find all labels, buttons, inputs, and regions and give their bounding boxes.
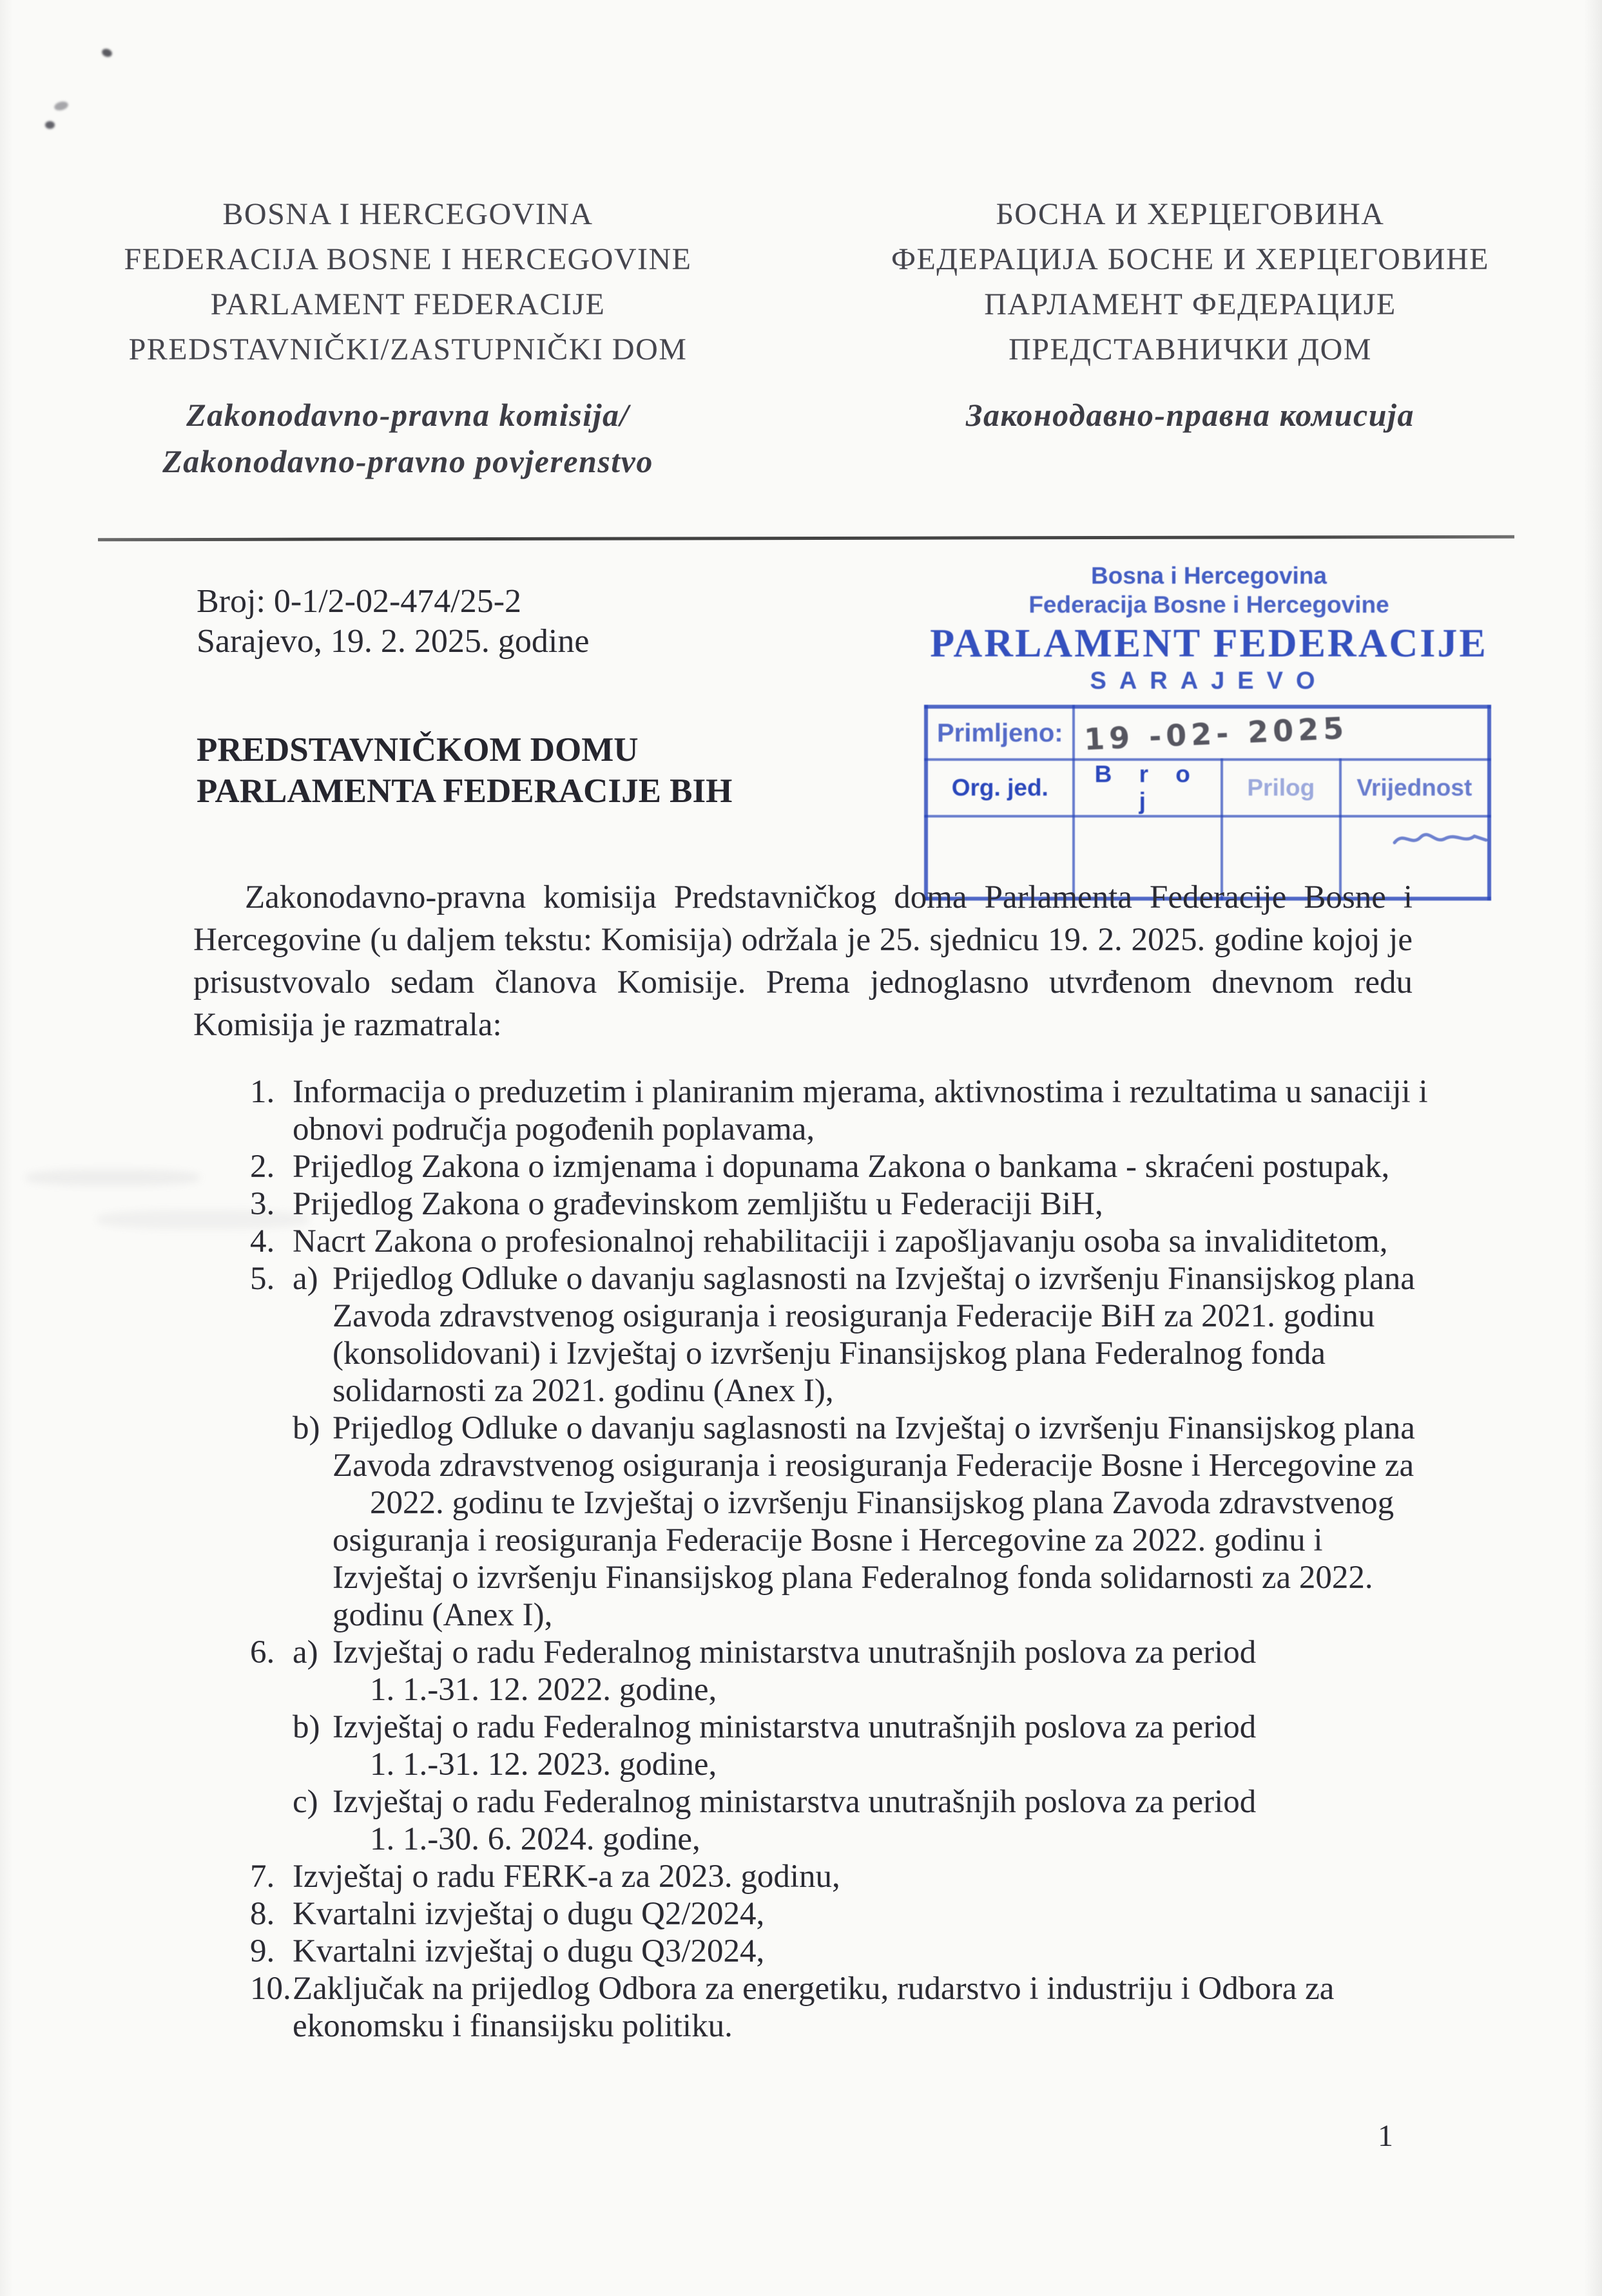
stamp-country-line: Bosna i Hercegovina bbox=[915, 562, 1503, 590]
header-line: Zakonodavno-pravna komisija/ bbox=[108, 392, 708, 438]
receipt-stamp: Bosna i Hercegovina Federacija Bosne i H… bbox=[915, 562, 1503, 901]
agenda-item-body: a)Izvještaj o radu Federalnog ministarst… bbox=[293, 1634, 1416, 1858]
agenda-line: Prijedlog Odluke o davanju saglasnosti n… bbox=[333, 1260, 1416, 1297]
agenda-line: Zavoda zdravstvenog osiguranja i reosigu… bbox=[333, 1297, 1416, 1335]
agenda-line: godinu (Anex I), bbox=[333, 1596, 1416, 1634]
agenda-item: 4.Nacrt Zakona o profesionalnoj rehabili… bbox=[250, 1223, 1416, 1260]
agenda-line: Izvještaj o radu Federalnog ministarstva… bbox=[333, 1708, 1416, 1746]
agenda-item-number: 8. bbox=[250, 1895, 293, 1933]
stamp-received-label: Primljeno: bbox=[926, 707, 1074, 760]
agenda-subitem-label: b) bbox=[293, 1708, 333, 1746]
stamp-received-date: 19 -02- 2025 bbox=[1083, 711, 1349, 757]
agenda-line: 2022. godinu te Izvještaj o izvršenju Fi… bbox=[370, 1484, 1416, 1522]
agenda-item-number: 5. bbox=[250, 1260, 293, 1297]
ink-speck bbox=[45, 121, 55, 129]
header-right: БОСНА И ХЕРЦЕГОВИНАФЕДЕРАЦИЈА БОСНЕ И ХЕ… bbox=[891, 192, 1490, 438]
header-divider bbox=[98, 535, 1514, 542]
agenda-line: Kvartalni izvještaj o dugu Q3/2024, bbox=[293, 1933, 1416, 1970]
agenda-item-number: 10. bbox=[250, 1970, 293, 2007]
agenda-item-number: 9. bbox=[250, 1933, 293, 1970]
agenda-item-body: Zaključak na prijedlog Odbora za energet… bbox=[293, 1970, 1416, 2045]
agenda-subitem: a)Izvještaj o radu Federalnog ministarst… bbox=[293, 1634, 1416, 1708]
agenda-subitem-label: a) bbox=[293, 1634, 333, 1671]
agenda-item-body: a)Prijedlog Odluke o davanju saglasnosti… bbox=[293, 1260, 1416, 1634]
agenda-item: 8.Kvartalni izvještaj o dugu Q2/2024, bbox=[250, 1895, 1416, 1933]
recipient-line1: PREDSTAVNIČKOM DOMU bbox=[197, 729, 732, 770]
agenda-line: Prijedlog Zakona o izmjenama i dopunama … bbox=[293, 1148, 1416, 1185]
header-line: ФЕДЕРАЦИЈА БОСНЕ И ХЕРЦЕГОВИНЕ bbox=[891, 237, 1490, 282]
document-date: Sarajevo, 19. 2. 2025. godine bbox=[197, 622, 589, 662]
stamp-parliament-line: PARLAMENT FEDERACIJE bbox=[915, 622, 1503, 665]
header-line: ПРЕДСТАВНИЧКИ ДОМ bbox=[891, 327, 1490, 372]
header-left: BOSNA I HERCEGOVINAFEDERACIJA BOSNE I HE… bbox=[108, 192, 708, 484]
recipient-line2: PARLAMENTA FEDERACIJE BIH bbox=[197, 770, 732, 812]
header-right-committee: Законодавно-правна комисија bbox=[891, 392, 1490, 438]
document-page: BOSNA I HERCEGOVINAFEDERACIJA BOSNE I HE… bbox=[0, 0, 1602, 2296]
agenda-line: ekonomsku i finansijsku politiku. bbox=[293, 2007, 1416, 2045]
header-left-institution: BOSNA I HERCEGOVINAFEDERACIJA BOSNE I HE… bbox=[108, 192, 708, 372]
agenda-item-body: Izvještaj o radu FERK-a za 2023. godinu, bbox=[293, 1858, 1416, 1895]
document-meta: Broj: 0-1/2-02-474/25-2 Sarajevo, 19. 2.… bbox=[197, 582, 589, 662]
bleed-through-smudge bbox=[26, 1169, 200, 1186]
stamp-col-vrijednost: Vrijednost bbox=[1340, 760, 1489, 816]
stamp-receipt-table: Primljeno: 19 -02- 2025 Org. jed. B r o … bbox=[924, 705, 1491, 901]
agenda-line: solidarnosti za 2021. godinu (Anex I), bbox=[333, 1372, 1416, 1410]
agenda-line: 1. 1.-30. 6. 2024. godine, bbox=[370, 1821, 1416, 1858]
agenda-item: 1.Informacija o preduzetim i planiranim … bbox=[250, 1073, 1416, 1148]
header-line: BOSNA I HERCEGOVINA bbox=[108, 192, 708, 237]
agenda-item: 5.a)Prijedlog Odluke o davanju saglasnos… bbox=[250, 1260, 1416, 1634]
agenda-subitem-body: Izvještaj o radu Federalnog ministarstva… bbox=[333, 1708, 1416, 1783]
agenda-item-number: 7. bbox=[250, 1858, 293, 1895]
agenda-item: 2.Prijedlog Zakona o izmjenama i dopunam… bbox=[250, 1148, 1416, 1185]
agenda-subitem-label: b) bbox=[293, 1410, 333, 1447]
agenda-line: Izvještaj o radu FERK-a za 2023. godinu, bbox=[293, 1858, 1416, 1895]
header-line: PREDSTAVNIČKI/ZASTUPNIČKI DOM bbox=[108, 327, 708, 372]
agenda-subitem-body: Izvještaj o radu Federalnog ministarstva… bbox=[333, 1634, 1416, 1708]
stamp-signature-squiggle bbox=[1392, 825, 1489, 850]
agenda-subitem: a)Prijedlog Odluke o davanju saglasnosti… bbox=[293, 1260, 1416, 1410]
agenda-item-number: 4. bbox=[250, 1223, 293, 1260]
agenda-item-body: Kvartalni izvještaj o dugu Q2/2024, bbox=[293, 1895, 1416, 1933]
agenda-line: Izvještaj o izvršenju Finansijskog plana… bbox=[333, 1559, 1416, 1596]
agenda-line: Prijedlog Zakona o građevinskom zemljišt… bbox=[293, 1185, 1416, 1223]
page-number: 1 bbox=[1378, 2118, 1393, 2154]
agenda-item-body: Kvartalni izvještaj o dugu Q3/2024, bbox=[293, 1933, 1416, 1970]
agenda-subitem: b)Prijedlog Odluke o davanju saglasnosti… bbox=[293, 1410, 1416, 1634]
agenda-item: 10.Zaključak na prijedlog Odbora za ener… bbox=[250, 1970, 1416, 2045]
agenda-subitem-body: Prijedlog Odluke o davanju saglasnosti n… bbox=[333, 1260, 1416, 1410]
agenda-item-body: Informacija o preduzetim i planiranim mj… bbox=[293, 1073, 1428, 1148]
agenda-list: 1.Informacija o preduzetim i planiranim … bbox=[250, 1073, 1416, 2045]
header-line: БОСНА И ХЕРЦЕГОВИНА bbox=[891, 192, 1490, 237]
agenda-line: Zaključak na prijedlog Odbora za energet… bbox=[293, 1970, 1416, 2007]
header-right-institution: БОСНА И ХЕРЦЕГОВИНАФЕДЕРАЦИЈА БОСНЕ И ХЕ… bbox=[891, 192, 1490, 372]
stamp-col-broj: B r o j bbox=[1074, 760, 1222, 816]
agenda-line: obnovi područja pogođenih poplavama, bbox=[293, 1111, 1428, 1148]
agenda-line: 1. 1.-31. 12. 2023. godine, bbox=[370, 1746, 1416, 1783]
header-line: FEDERACIJA BOSNE I HERCEGOVINE bbox=[108, 237, 708, 282]
agenda-item-number: 6. bbox=[250, 1634, 293, 1671]
stamp-federation-line: Federacija Bosne i Hercegovine bbox=[915, 590, 1503, 620]
stamp-col-org-jed: Org. jed. bbox=[926, 760, 1074, 816]
header-line: Законодавно-правна комисија bbox=[891, 392, 1490, 438]
agenda-line: Prijedlog Odluke o davanju saglasnosti n… bbox=[333, 1410, 1416, 1447]
agenda-item: 6.a)Izvještaj o radu Federalnog ministar… bbox=[250, 1634, 1416, 1858]
header-line: PARLAMENT FEDERACIJE bbox=[108, 282, 708, 327]
agenda-item: 7.Izvještaj o radu FERK-a za 2023. godin… bbox=[250, 1858, 1416, 1895]
agenda-line: osiguranja i reosiguranja Federacije Bos… bbox=[333, 1522, 1416, 1559]
agenda-line: Kvartalni izvještaj o dugu Q2/2024, bbox=[293, 1895, 1416, 1933]
agenda-line: Zavoda zdravstvenog osiguranja i reosigu… bbox=[333, 1447, 1416, 1484]
agenda-item-number: 1. bbox=[250, 1073, 293, 1111]
agenda-subitem-label: a) bbox=[293, 1260, 333, 1297]
agenda-item-number: 3. bbox=[250, 1185, 293, 1223]
document-number: Broj: 0-1/2-02-474/25-2 bbox=[197, 582, 589, 622]
agenda-subitem-body: Prijedlog Odluke o davanju saglasnosti n… bbox=[333, 1410, 1416, 1634]
agenda-item: 9.Kvartalni izvještaj o dugu Q3/2024, bbox=[250, 1933, 1416, 1970]
agenda-item-number: 2. bbox=[250, 1148, 293, 1185]
stamp-col-prilog: Prilog bbox=[1222, 760, 1340, 816]
header-line: ПАРЛАМЕНТ ФЕДЕРАЦИЈЕ bbox=[891, 282, 1490, 327]
stamp-city-line: SARAJEVO bbox=[915, 666, 1503, 696]
agenda-subitem-label: c) bbox=[293, 1783, 333, 1821]
intro-paragraph: Zakonodavno-pravna komisija Predstavničk… bbox=[193, 876, 1413, 1046]
agenda-line: Nacrt Zakona o profesionalnoj rehabilita… bbox=[293, 1223, 1416, 1260]
agenda-line: Izvještaj o radu Federalnog ministarstva… bbox=[333, 1634, 1416, 1671]
agenda-item-body: Prijedlog Zakona o izmjenama i dopunama … bbox=[293, 1148, 1416, 1185]
agenda-subitem: c)Izvještaj o radu Federalnog ministarst… bbox=[293, 1783, 1416, 1858]
agenda-line: Izvještaj o radu Federalnog ministarstva… bbox=[333, 1783, 1416, 1821]
recipient-block: PREDSTAVNIČKOM DOMU PARLAMENTA FEDERACIJ… bbox=[197, 729, 732, 812]
agenda-line: Informacija o preduzetim i planiranim mj… bbox=[293, 1073, 1428, 1111]
ink-speck bbox=[101, 48, 113, 59]
agenda-line: (konsolidovani) i Izvještaj o izvršenju … bbox=[333, 1335, 1416, 1372]
header-left-committee: Zakonodavno-pravna komisija/Zakonodavno-… bbox=[108, 392, 708, 484]
agenda-subitem-body: Izvještaj o radu Federalnog ministarstva… bbox=[333, 1783, 1416, 1858]
agenda-item: 3.Prijedlog Zakona o građevinskom zemlji… bbox=[250, 1185, 1416, 1223]
stamp-received-date-cell: 19 -02- 2025 bbox=[1074, 707, 1489, 760]
ink-speck bbox=[53, 100, 70, 111]
agenda-item-body: Prijedlog Zakona o građevinskom zemljišt… bbox=[293, 1185, 1416, 1223]
agenda-line: 1. 1.-31. 12. 2022. godine, bbox=[370, 1671, 1416, 1708]
header-line: Zakonodavno-pravno povjerenstvo bbox=[108, 438, 708, 484]
agenda-item-body: Nacrt Zakona o profesionalnoj rehabilita… bbox=[293, 1223, 1416, 1260]
agenda-subitem: b)Izvještaj o radu Federalnog ministarst… bbox=[293, 1708, 1416, 1783]
